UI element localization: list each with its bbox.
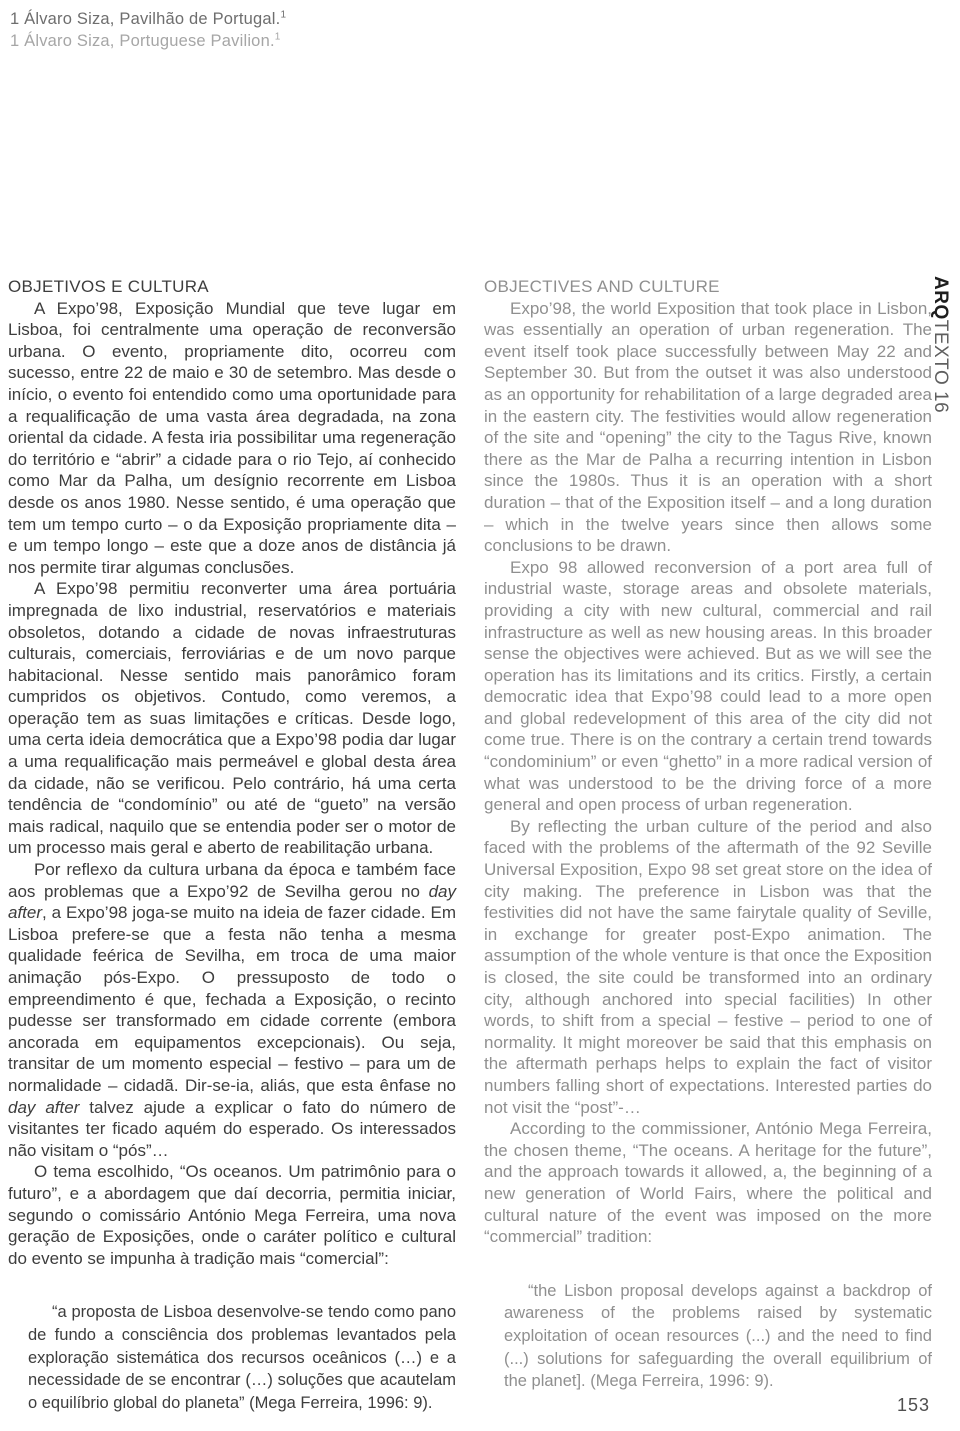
paragraph: O tema escolhido, “Os oceanos. Um patrim…: [8, 1161, 456, 1269]
english-heading: OBJECTIVES AND CULTURE: [484, 276, 932, 298]
caption-line-english: 1 Álvaro Siza, Portuguese Pavilion.1: [10, 30, 286, 52]
caption-text-pt: 1 Álvaro Siza, Pavilhão de Portugal.: [10, 10, 280, 28]
paragraph: Expo’98, the world Exposition that took …: [484, 298, 932, 557]
paragraph: A Expo’98 permitiu reconverter uma área …: [8, 578, 456, 859]
caption-text-en: 1 Álvaro Siza, Portuguese Pavilion.: [10, 32, 275, 50]
paragraph: Por reflexo da cultura urbana da época e…: [8, 859, 456, 1161]
page-number: 153: [897, 1395, 930, 1416]
two-column-body: OBJETIVOS E CULTURA A Expo’98, Exposição…: [8, 276, 932, 1414]
portuguese-block-quote: “a proposta de Lisboa desenvolve-se tend…: [28, 1301, 456, 1414]
paragraph: Expo 98 allowed reconversion of a port a…: [484, 557, 932, 816]
caption-line-portuguese: 1 Álvaro Siza, Pavilhão de Portugal.1: [10, 8, 286, 30]
paragraph: By reflecting the urban culture of the p…: [484, 816, 932, 1118]
english-column: OBJECTIVES AND CULTURE Expo’98, the worl…: [484, 276, 932, 1414]
journal-issue: TEXTO 16: [930, 320, 951, 413]
portuguese-paragraphs: A Expo’98, Exposição Mundial que teve lu…: [8, 298, 456, 1270]
footnote-ref-pt: 1: [280, 10, 286, 21]
paragraph: According to the commissioner, António M…: [484, 1118, 932, 1248]
portuguese-heading: OBJETIVOS E CULTURA: [8, 276, 456, 298]
paragraph: A Expo’98, Exposição Mundial que teve lu…: [8, 298, 456, 579]
english-block-quote: “the Lisbon proposal develops against a …: [504, 1280, 932, 1393]
english-paragraphs: Expo’98, the world Exposition that took …: [484, 298, 932, 1248]
journal-name: ARQ: [930, 276, 951, 320]
footnote-ref-en: 1: [275, 32, 281, 43]
figure-caption: 1 Álvaro Siza, Pavilhão de Portugal.1 1 …: [10, 8, 286, 52]
journal-spine-label: ARQTEXTO 16: [929, 276, 951, 413]
portuguese-column: OBJETIVOS E CULTURA A Expo’98, Exposição…: [8, 276, 456, 1414]
